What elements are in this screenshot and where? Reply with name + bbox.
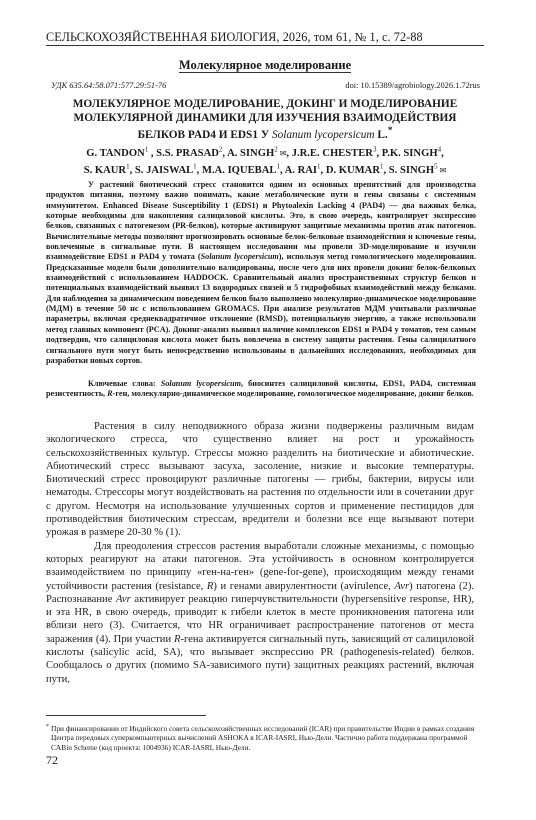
author: J.R.E. CHESTER3, (292, 148, 382, 159)
footnote-divider (46, 715, 206, 716)
abstract: У растений биотический стресс становится… (46, 180, 476, 366)
title-line-2: МОЛЕКУЛЯРНОЙ ДИНАМИКИ ДЛЯ ИЗУЧЕНИЯ ВЗАИМ… (46, 112, 484, 126)
page-number: 72 (46, 753, 58, 768)
doi-link[interactable]: doi: 10.15389/agrobiology.2026.1.72rus (345, 81, 480, 90)
keywords-species: Solanum lycopersicum (161, 379, 241, 388)
author: S. KAUR1, (84, 165, 135, 176)
article-title: МОЛЕКУЛЯРНОЕ МОДЕЛИРОВАНИЕ, ДОКИНГ И МОД… (46, 98, 484, 143)
author: M.A. IQUEBAL1, (202, 165, 285, 176)
udk-code: УДК 635.64:58.071:577.29:51-76 (51, 81, 166, 90)
keywords-paragraph: Ключевые слова: Solanum lycopersicum, би… (46, 379, 476, 400)
keywords-label: Ключевые слова: (88, 379, 161, 388)
section-heading: Молекулярное моделирование (46, 56, 484, 74)
title-line-3: БЕЛКОВ PAD4 И EDS1 У Solanum lycopersicu… (46, 125, 484, 142)
title-footnote-mark[interactable]: * (388, 126, 393, 136)
author: S. SINGH5 ✉ (389, 165, 447, 176)
keywords: Ключевые слова: Solanum lycopersicum, би… (46, 379, 476, 400)
body-text: Растения в силу неподвижного образа жизн… (46, 420, 474, 686)
journal-header: СЕЛЬСКОХОЗЯЙСТВЕННАЯ БИОЛОГИЯ, 2026, том… (46, 30, 484, 46)
mail-icon[interactable]: ✉ (438, 166, 447, 175)
author: G. TANDON1 , (86, 148, 156, 159)
author: P.K. SINGH4, (382, 148, 444, 159)
footnote: * При финансировании от Индийского совет… (46, 724, 476, 752)
author-line-2: S. KAUR1, S. JAISWAL1, M.A. IQUEBAL1, A.… (46, 160, 484, 177)
footnote-mark: * (46, 723, 49, 732)
author-list: G. TANDON1 , S.S. PRASAD2, A. SINGH2 ✉, … (46, 143, 484, 177)
author: A. RAI1, (285, 165, 326, 176)
title-species: Solanum lycopersicum (272, 129, 375, 141)
title-line-1: МОЛЕКУЛЯРНОЕ МОДЕЛИРОВАНИЕ, ДОКИНГ И МОД… (46, 98, 484, 112)
abstract-species: Solanum lycopersicum (201, 252, 279, 261)
body-paragraph-1: Растения в силу неподвижного образа жизн… (46, 420, 474, 540)
title-line-3-prefix: БЕЛКОВ PAD4 И EDS1 У (138, 129, 272, 141)
title-line-3-suffix: L. (375, 129, 388, 141)
author: D. KUMAR1, (326, 165, 389, 176)
author: S. JAISWAL1, (135, 165, 202, 176)
footnote-text: При финансировании от Индийского совета … (46, 724, 476, 752)
author: S.S. PRASAD2, (156, 148, 227, 159)
author: A. SINGH2 ✉, (227, 148, 292, 159)
body-paragraph-2: Для преодоления стрессов растения вырабо… (46, 540, 474, 686)
abstract-paragraph: У растений биотический стресс становится… (46, 180, 476, 366)
author-line-1: G. TANDON1 , S.S. PRASAD2, A. SINGH2 ✉, … (46, 143, 484, 160)
section-title: Молекулярное моделирование (179, 58, 351, 73)
